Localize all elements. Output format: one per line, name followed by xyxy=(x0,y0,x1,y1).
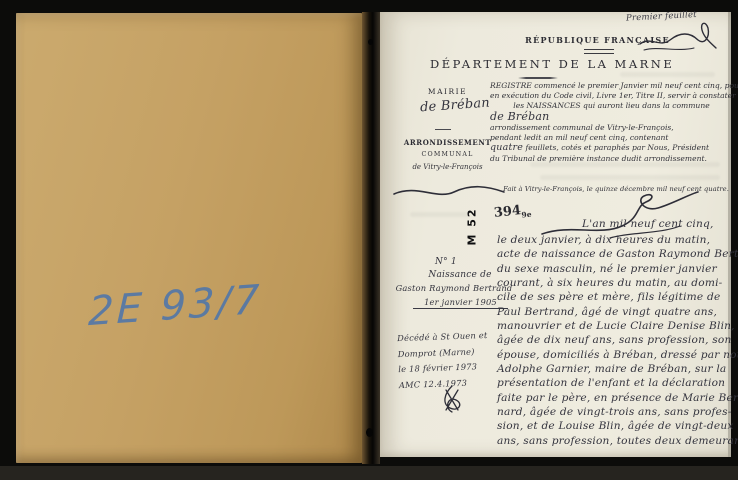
act-line: ans, sans profession, toutes deux demeur… xyxy=(497,434,737,448)
mairie-ornament xyxy=(435,129,451,130)
act-line: Adolphe Garnier, maire de Bréban, sur la xyxy=(497,362,737,376)
mairie-label: MAIRIE xyxy=(405,87,490,96)
act-line: sion, et de Louise Blin, âgée de vingt-d… xyxy=(497,419,737,433)
act-line: courant, à six heures du matin, au domi- xyxy=(497,276,737,290)
table-edge xyxy=(0,466,738,480)
act-number-note: 9e xyxy=(521,210,532,220)
register-page: Premier feuillet RÉPUBLIQUE FRANÇAISE DÉ… xyxy=(380,12,731,457)
register-line: en exécution du Code civil, Livre 1er, T… xyxy=(490,91,733,101)
ink-bleed xyxy=(540,175,720,180)
margin-flourish xyxy=(392,180,507,202)
book-gutter xyxy=(362,12,380,464)
ink-bleed xyxy=(620,72,715,77)
register-paragraph: REGISTRE commencé le premier Janvier mil… xyxy=(490,81,733,164)
binding-hole-top xyxy=(368,39,373,45)
act-line: manouvrier et de Lucie Claire Denise Bli… xyxy=(497,319,737,333)
register-line: arrondissement communal de Vitry-le-Fran… xyxy=(490,123,733,133)
act-line: épouse, domiciliés à Bréban, dressé par … xyxy=(497,348,737,362)
act-margin-date: 1er janvier 1905 xyxy=(413,297,508,309)
archive-reference-handwritten: 2E 93/7 xyxy=(87,273,318,335)
binding-hole-bottom xyxy=(366,428,373,437)
act-line: faite par le père, en présence de Marie … xyxy=(497,391,737,405)
department-title: DÉPARTEMENT DE LA MARNE xyxy=(430,57,645,71)
arrondissement-line2: COMMUNAL xyxy=(395,151,500,158)
register-line: pendant ledit an mil neuf cent cinq, con… xyxy=(490,133,733,143)
act-line: âgée de dix neuf ans, sans profession, s… xyxy=(497,333,737,347)
act-line: du sexe masculin, né le premier janvier xyxy=(497,262,737,276)
register-commune-handwritten: de Bréban xyxy=(490,112,733,124)
register-line: du Tribunal de première instance dudit a… xyxy=(490,154,733,164)
folio-stamp: M 52 xyxy=(466,197,479,257)
act-body-text: le deux janvier, à dix heures du matin, … xyxy=(497,233,737,448)
archival-photo: { "cover": { "archive_ref": "2E 93/7" },… xyxy=(0,0,738,480)
death-note-paraph xyxy=(438,384,466,414)
act-line: Paul Bertrand, âgé de vingt quatre ans, xyxy=(497,305,737,319)
act-line: nard, âgée de vingt-trois ans, sans prof… xyxy=(497,405,737,419)
department-ornament-rule xyxy=(518,77,558,79)
republic-title: RÉPUBLIQUE FRANÇAISE xyxy=(510,35,685,45)
register-line: feuillets, cotés et paraphés par Nous, P… xyxy=(523,143,709,152)
act-number: 3949e xyxy=(493,202,532,222)
register-line-mixed: quatre feuillets, cotés et paraphés par … xyxy=(490,143,733,153)
feuillet-count-handwritten: quatre xyxy=(490,142,523,153)
register-line: REGISTRE commencé le premier Janvier mil… xyxy=(490,81,733,91)
act-line: présentation de l'enfant et la déclarati… xyxy=(497,376,737,390)
act-margin-number: N° 1 xyxy=(435,257,475,267)
act-opening-line: L'an mil neuf cent cinq, xyxy=(582,218,714,230)
header-ornament-rule xyxy=(584,49,614,54)
act-number-value: 394 xyxy=(493,203,522,221)
arrondissement-line1: ARRONDISSEMENT xyxy=(395,138,500,147)
arrondissement-line3: de Vitry-le-François xyxy=(395,163,500,171)
act-line: acte de naissance de Gaston Raymond Bert… xyxy=(497,247,737,261)
act-line: le deux janvier, à dix heures du matin, xyxy=(497,233,737,247)
act-line: cile de ses père et mère, fils légitime … xyxy=(497,290,737,304)
ink-bleed xyxy=(410,212,470,217)
kraft-cover-page: 2E 93/7 xyxy=(16,13,362,463)
